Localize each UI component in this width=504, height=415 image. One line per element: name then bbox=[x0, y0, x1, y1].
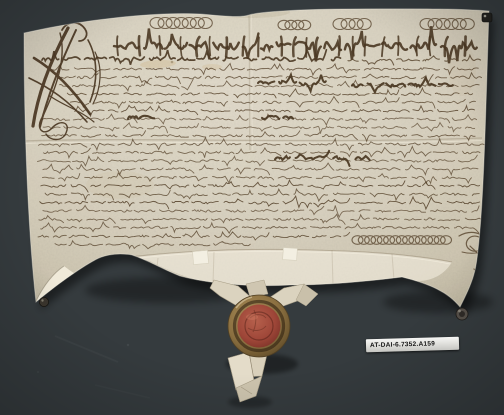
archival-photo: AT-DAI-6.7352.A159 bbox=[0, 0, 504, 415]
scene-svg bbox=[0, 0, 504, 415]
photo-vignette bbox=[0, 0, 504, 415]
archival-label: AT-DAI-6.7352.A159 bbox=[366, 337, 459, 353]
archival-label-text: AT-DAI-6.7352.A159 bbox=[370, 340, 435, 349]
